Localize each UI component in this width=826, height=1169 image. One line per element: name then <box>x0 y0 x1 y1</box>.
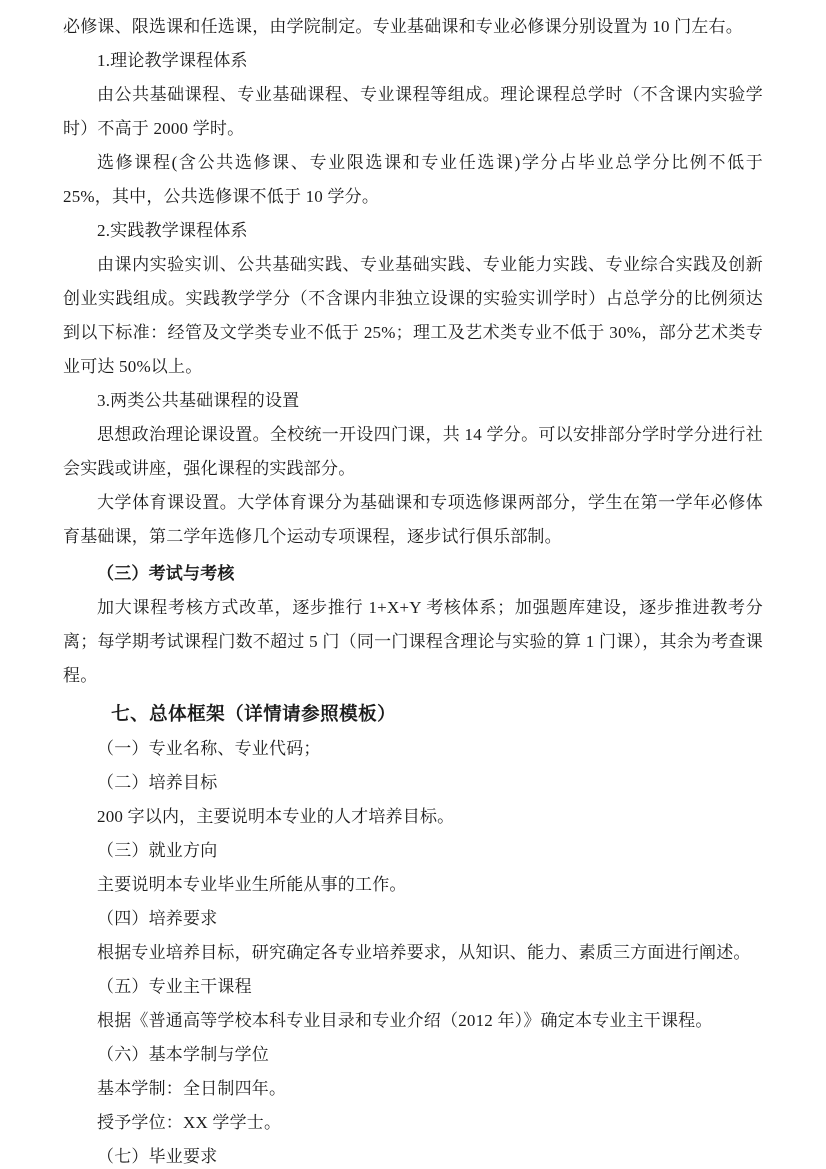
paragraph-body: 授予学位：XX 学学士。 <box>63 1106 763 1140</box>
paragraph-body: 主要说明本专业毕业生所能从事的工作。 <box>63 868 763 902</box>
paragraph-numbered-subheading: 1.理论教学课程体系 <box>63 44 763 78</box>
paragraph-body: 根据专业培养目标，研究确定各专业培养要求，从知识、能力、素质三方面进行阐述。 <box>63 936 763 970</box>
paragraph-body: 加大课程考核方式改革，逐步推行 1+X+Y 考核体系；加强题库建设，逐步推进教考… <box>63 591 763 693</box>
paragraph-numbered-subheading: 3.两类公共基础课程的设置 <box>63 384 763 418</box>
paragraph-body: 由课内实验实训、公共基础实践、专业基础实践、专业能力实践、专业综合实践及创新创业… <box>63 248 763 384</box>
paragraph-list-item: （一）专业名称、专业代码； <box>63 732 763 766</box>
document-content: 必修课、限选课和任选课，由学院制定。专业基础课和专业必修课分别设置为 10 门左… <box>63 10 763 1169</box>
paragraph-body: 由公共基础课程、专业基础课程、专业课程等组成。理论课程总学时（不含课内实验学时）… <box>63 78 763 146</box>
paragraph-body: 大学体育课设置。大学体育课分为基础课和专项选修课两部分，学生在第一学年必修体育基… <box>63 486 763 554</box>
paragraph-list-item: （五）专业主干课程 <box>63 970 763 1004</box>
paragraph-list-item: （四）培养要求 <box>63 902 763 936</box>
paragraph-list-item: （六）基本学制与学位 <box>63 1038 763 1072</box>
paragraph-body: 200 字以内，主要说明本专业的人才培养目标。 <box>63 800 763 834</box>
paragraph-list-item: （七）毕业要求 <box>63 1140 763 1169</box>
paragraph-body-continuation: 必修课、限选课和任选课，由学院制定。专业基础课和专业必修课分别设置为 10 门左… <box>63 10 763 44</box>
paragraph-numbered-subheading: 2.实践教学课程体系 <box>63 214 763 248</box>
paragraph-body: 根据《普通高等学校本科专业目录和专业介绍（2012 年）》确定本专业主干课程。 <box>63 1004 763 1038</box>
paragraph-body: 思想政治理论课设置。全校统一开设四门课，共 14 学分。可以安排部分学时学分进行… <box>63 418 763 486</box>
paragraph-bold-heading: 七、总体框架（详情请参照模板） <box>63 696 763 732</box>
paragraph-body: 基本学制：全日制四年。 <box>63 1072 763 1106</box>
document-page: 必修课、限选课和任选课，由学院制定。专业基础课和专业必修课分别设置为 10 门左… <box>0 0 826 1169</box>
paragraph-bold-subheading: （三）考试与考核 <box>63 557 763 591</box>
paragraph-list-item: （三）就业方向 <box>63 834 763 868</box>
paragraph-list-item: （二）培养目标 <box>63 766 763 800</box>
paragraph-body: 选修课程(含公共选修课、专业限选课和专业任选课)学分占毕业总学分比例不低于 25… <box>63 146 763 214</box>
